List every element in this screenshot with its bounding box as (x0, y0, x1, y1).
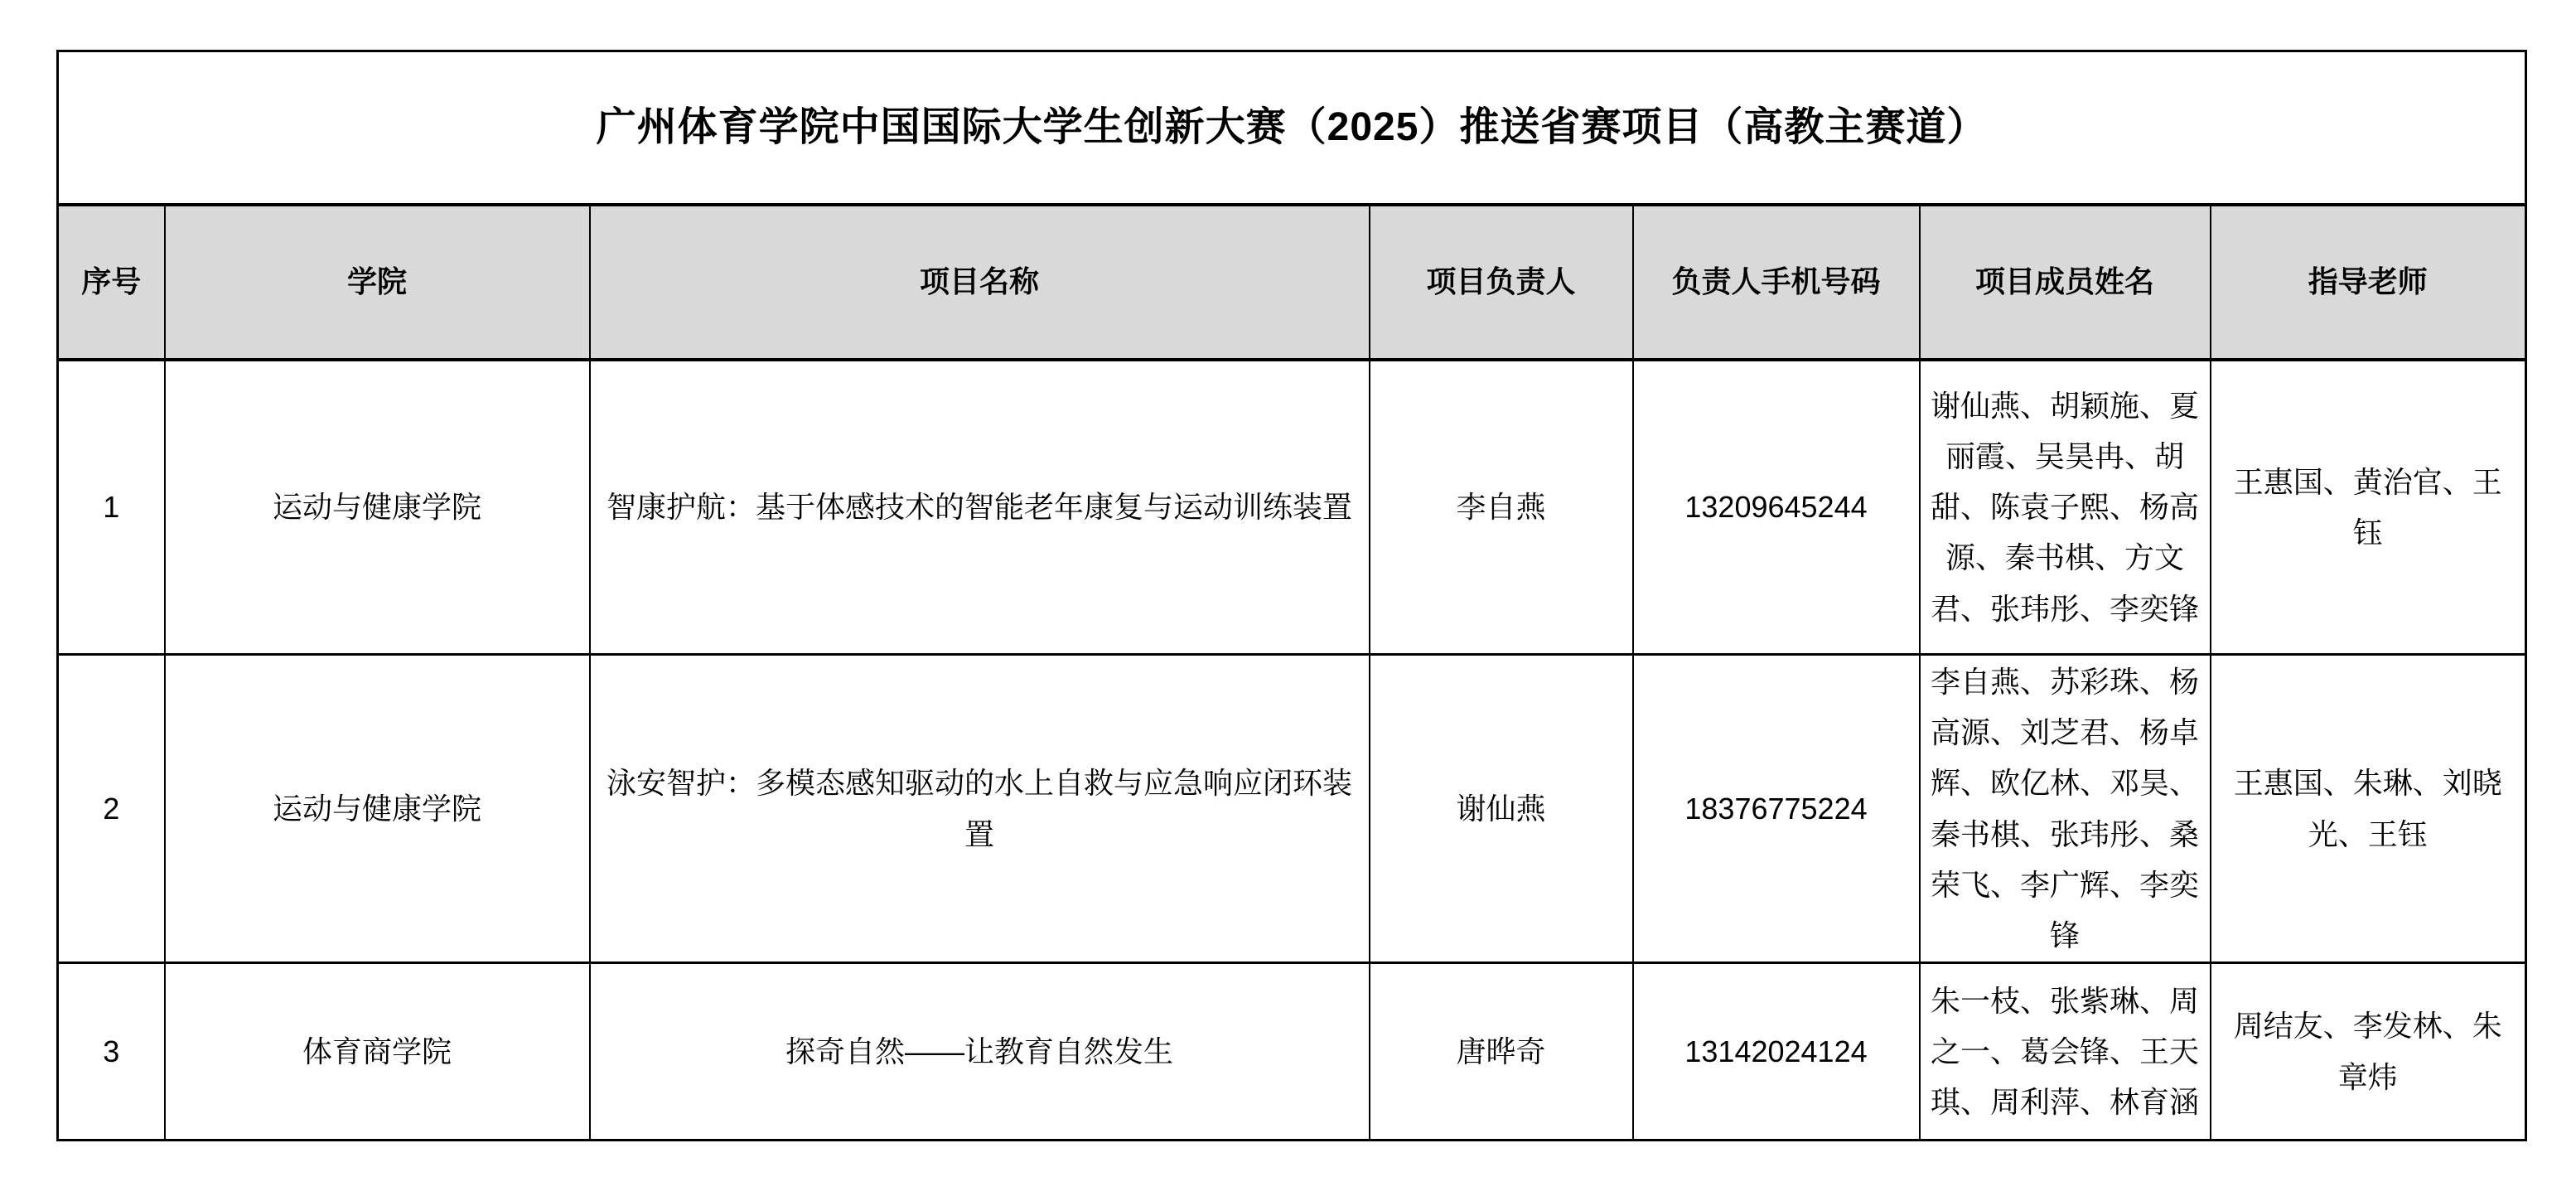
row-1-members-cell: 谢仙燕、胡颖施、夏丽霞、吴昊冉、胡甜、陈袁子熙、杨高源、秦书棋、方文君、张玮彤、… (1920, 360, 2211, 655)
row-3-college-cell: 体育商学院 (165, 963, 590, 1141)
table-header-row: 序号 学院 项目名称 项目负责人 负责人手机号码 项目成员姓名 指导老师 (58, 205, 2526, 360)
column-header-phone: 负责人手机号码 (1633, 205, 1920, 360)
row-2-members-cell: 李自燕、苏彩珠、杨高源、刘芝君、杨卓辉、欧亿林、邓昊、秦书棋、张玮彤、桑荣飞、李… (1920, 655, 2211, 963)
column-header-teachers: 指导老师 (2211, 205, 2526, 360)
row-1-teachers-cell: 王惠国、黄治官、王钰 (2211, 360, 2526, 655)
column-header-college: 学院 (165, 205, 590, 360)
column-header-members: 项目成员姓名 (1920, 205, 2211, 360)
row-2-phone-cell: 18376775224 (1633, 655, 1920, 963)
row-2-no-cell: 2 (58, 655, 165, 963)
row-3-members-cell: 朱一枝、张紫琳、周之一、葛会锋、王天琪、周利萍、林育涵 (1920, 963, 2211, 1141)
row-3-no-cell: 3 (58, 963, 165, 1141)
row-3-leader-cell: 唐晔奇 (1370, 963, 1633, 1141)
table-row: 2 运动与健康学院 泳安智护：多模态感知驱动的水上自救与应急响应闭环装置 谢仙燕… (58, 655, 2526, 963)
table-title: 广州体育学院中国国际大学生创新大赛（2025）推送省赛项目（高教主赛道） (58, 51, 2526, 205)
projects-table: 广州体育学院中国国际大学生创新大赛（2025）推送省赛项目（高教主赛道） 序号 … (56, 50, 2527, 1141)
row-3-phone-cell: 13142024124 (1633, 963, 1920, 1141)
column-header-project: 项目名称 (590, 205, 1370, 360)
row-2-teachers-cell: 王惠国、朱琳、刘晓光、王钰 (2211, 655, 2526, 963)
table-row: 1 运动与健康学院 智康护航：基于体感技术的智能老年康复与运动训练装置 李自燕 … (58, 360, 2526, 655)
document-page: 广州体育学院中国国际大学生创新大赛（2025）推送省赛项目（高教主赛道） 序号 … (0, 0, 2576, 1177)
row-2-college-cell: 运动与健康学院 (165, 655, 590, 963)
row-1-project-cell: 智康护航：基于体感技术的智能老年康复与运动训练装置 (590, 360, 1370, 655)
row-1-phone-cell: 13209645244 (1633, 360, 1920, 655)
row-1-college-cell: 运动与健康学院 (165, 360, 590, 655)
table-row: 3 体育商学院 探奇自然——让教育自然发生 唐晔奇 13142024124 朱一… (58, 963, 2526, 1141)
row-1-no-cell: 1 (58, 360, 165, 655)
row-1-leader-cell: 李自燕 (1370, 360, 1633, 655)
row-3-teachers-cell: 周结友、李发林、朱章炜 (2211, 963, 2526, 1141)
row-2-leader-cell: 谢仙燕 (1370, 655, 1633, 963)
row-3-project-cell: 探奇自然——让教育自然发生 (590, 963, 1370, 1141)
column-header-no: 序号 (58, 205, 165, 360)
row-2-project-cell: 泳安智护：多模态感知驱动的水上自救与应急响应闭环装置 (590, 655, 1370, 963)
table-title-row: 广州体育学院中国国际大学生创新大赛（2025）推送省赛项目（高教主赛道） (58, 51, 2526, 205)
column-header-leader: 项目负责人 (1370, 205, 1633, 360)
